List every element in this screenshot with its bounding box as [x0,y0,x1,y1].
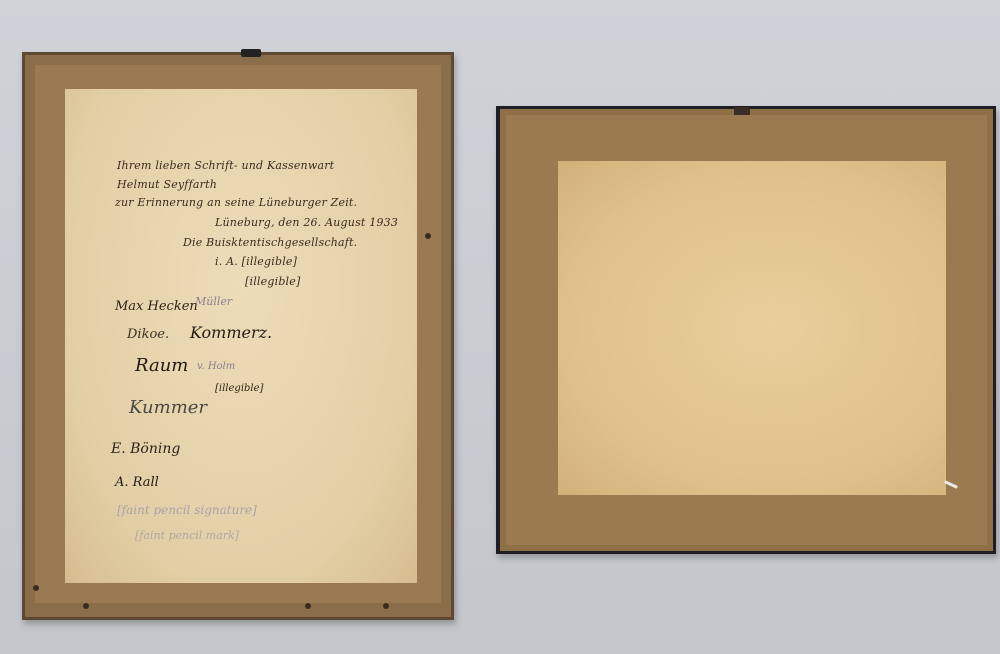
nail [305,603,311,609]
right-picture-frame [496,106,996,554]
sender: Die Buisktentischgesellschaft. [183,236,357,249]
nail [83,603,89,609]
signature-5: Kummer [129,397,207,418]
signed-backing-paper: Ihrem lieben Schrift- und Kassenwart Hel… [65,89,417,583]
signature-3: Kommerz. [190,323,272,342]
signature-6: E. Böning [111,441,180,457]
pencil-note-3: [illegible] [215,383,263,394]
left-picture-frame: Ihrem lieben Schrift- und Kassenwart Hel… [22,52,454,620]
signature-9: [faint pencil mark] [135,529,239,542]
pencil-note-2: v. Holm [197,361,235,372]
signature-4: Raum [135,355,188,376]
signature-1: Max Hecken [115,299,198,314]
dedication-line-1: Ihrem lieben Schrift- und Kassenwart [117,159,334,172]
signature-8: [faint pencil signature] [117,503,257,517]
nail [383,603,389,609]
place-date: Lüneburg, den 26. August 1933 [215,216,398,229]
dedication-line-2: Helmut Seyffarth [117,178,217,191]
pencil-note-1: Müller [195,295,232,308]
signature-7: A. Rall [115,475,159,490]
note-2: [illegible] [245,275,300,288]
hanger-clip [241,49,261,57]
blank-backing-paper [558,161,946,495]
nail [425,233,431,239]
signature-2: Dikoe. [127,327,169,342]
dedication-line-3: zur Erinnerung an seine Lüneburger Zeit. [115,196,357,209]
nail [33,585,39,591]
note-1: i. A. [illegible] [215,255,297,268]
